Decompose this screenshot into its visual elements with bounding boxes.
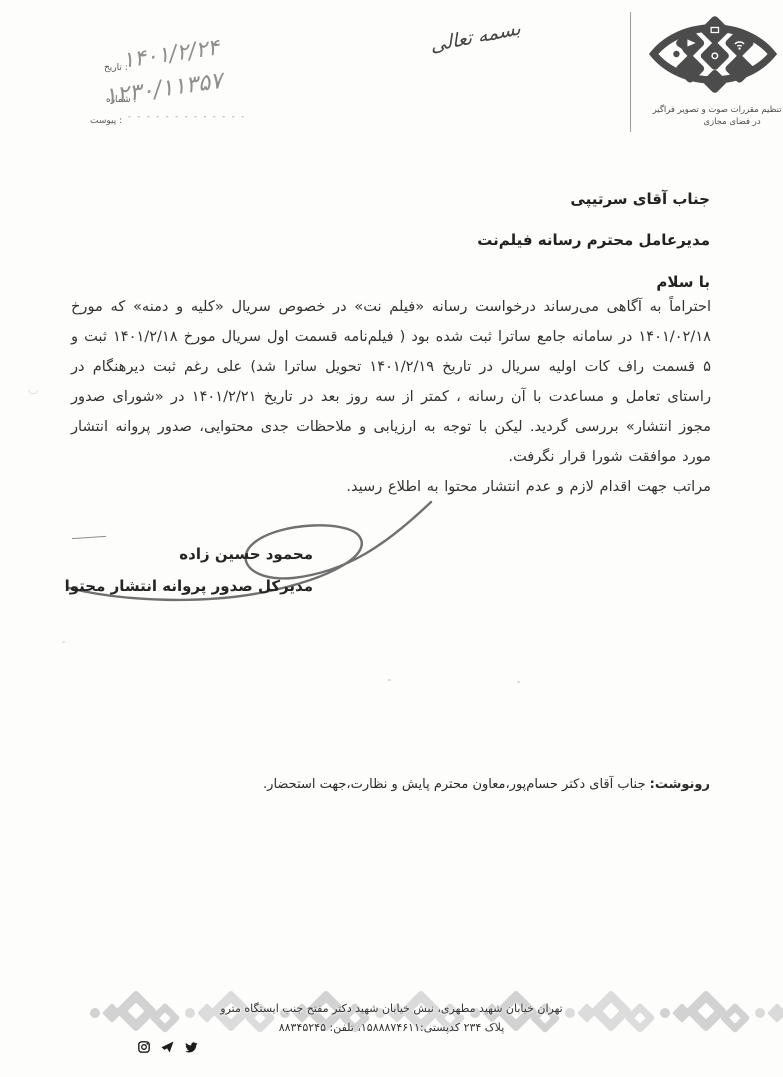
footer-address-line2: پلاک ۲۳۴ کدپستی:۱۵۸۸۸۷۴۶۱۱، تلفن: ۸۸۳۴۵۲… bbox=[0, 1018, 783, 1037]
social-icons-row bbox=[138, 1041, 198, 1053]
salutation: با سلام bbox=[656, 273, 710, 291]
scan-speck bbox=[517, 681, 520, 683]
scan-speck bbox=[62, 641, 65, 643]
bismillah-calligraphy: بسمه تعالی bbox=[430, 17, 522, 56]
body-paragraph: احتراماً به آگاهی می‌رساند درخواست رسانه… bbox=[71, 292, 711, 472]
org-name-text: سازمان تنظیم مقررات صوت و تصویر فراگیر د… bbox=[648, 104, 783, 128]
instagram-icon bbox=[138, 1041, 150, 1053]
handwritten-number-value: ۱۲۳۰/۱۱۳۵۷ bbox=[103, 68, 224, 110]
footer-address-line1: تهران خیابان شهید مطهری، نبش خیابان شهید… bbox=[0, 999, 783, 1018]
twitter-icon bbox=[185, 1042, 198, 1053]
scan-artifact bbox=[28, 390, 38, 394]
org-name-line1: سازمان تنظیم مقررات صوت و تصویر فراگیر bbox=[648, 104, 783, 116]
cc-label: رونوشت: bbox=[650, 777, 710, 792]
scanned-letter-page: تاریخ : شماره : پیوست : - - - - - - - - … bbox=[0, 0, 783, 1077]
handwritten-date-value: ۱۴۰۱/۲/۲۴ bbox=[121, 35, 221, 73]
signatory-name: محمود حسین زاده bbox=[65, 538, 313, 570]
satra-eye-globe-logo-icon bbox=[649, 6, 777, 102]
cc-text: جناب آقای دکتر حسام‌پور،معاون محترم پایش… bbox=[263, 777, 650, 792]
scan-speck bbox=[388, 679, 391, 681]
signature-block: محمود حسین زاده مدیرکل صدور پروانه انتشا… bbox=[65, 538, 313, 602]
signatory-title: مدیرکل صدور پروانه انتشار محتوا bbox=[65, 570, 313, 602]
org-name-line2: در فضای مجازی bbox=[648, 116, 783, 128]
footer-address: تهران خیابان شهید مطهری، نبش خیابان شهید… bbox=[0, 999, 783, 1037]
letterhead-divider-line bbox=[630, 12, 631, 132]
recipient-name: جناب آقای سرتیپی bbox=[570, 190, 710, 208]
telegram-icon bbox=[161, 1041, 174, 1053]
attachment-field-label: پیوست : bbox=[90, 116, 122, 126]
letter-body: احتراماً به آگاهی می‌رساند درخواست رسانه… bbox=[71, 292, 711, 502]
attachment-blank-line: - - - - - - - - - - - - - - - bbox=[128, 112, 248, 121]
cc-line: رونوشت: جناب آقای دکتر حسام‌پور،معاون مح… bbox=[263, 777, 710, 792]
recipient-title: مدیرعامل محترم رسانه فیلم‌نت bbox=[477, 231, 710, 249]
